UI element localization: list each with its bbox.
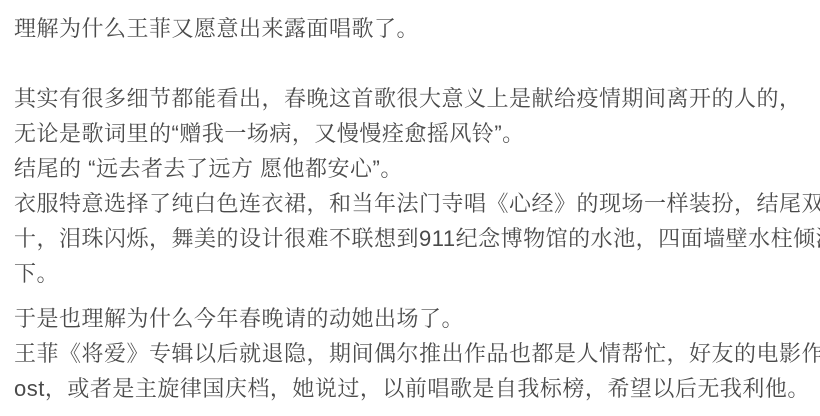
text-line: 结尾的 “远去者去了远方 愿他都安心”。 [14, 151, 806, 186]
paragraph: 其实有很多细节都能看出，春晚这首歌很大意义上是献给疫情期间离开的人的， 无论是歌… [14, 81, 806, 151]
text-line: 下。 [14, 256, 806, 291]
text-line: 理解为什么王菲又愿意出来露面唱歌了。 [14, 11, 806, 46]
paragraph: 衣服特意选择了纯白色连衣裙，和当年法门寺唱《心经》的现场一样装扮，结尾双手合 十… [14, 186, 806, 291]
text-line: 十，泪珠闪烁，舞美的设计很难不联想到911纪念博物馆的水池，四面墙壁水柱倾泻而 [14, 221, 806, 256]
text-line: 王菲《将爱》专辑以后就退隐，期间偶尔推出作品也都是人情帮忙，好友的电影作品 [14, 336, 806, 371]
text-line: 无论是歌词里的“赠我一场病，又慢慢痊愈摇风铃”。 [14, 116, 806, 151]
paragraph: 结尾的 “远去者去了远方 愿他都安心”。 [14, 151, 806, 186]
paragraph: 王菲《将爱》专辑以后就退隐，期间偶尔推出作品也都是人情帮忙，好友的电影作品 os… [14, 336, 806, 406]
text-line: 于是也理解为什么今年春晚请的动她出场了。 [14, 301, 806, 336]
paragraph: 理解为什么王菲又愿意出来露面唱歌了。 [14, 11, 806, 46]
text-line: ost，或者是主旋律国庆档，她说过，以前唱歌是自我标榜，希望以后无我利他。 [14, 371, 806, 406]
article-body: 理解为什么王菲又愿意出来露面唱歌了。 其实有很多细节都能看出，春晚这首歌很大意义… [0, 0, 820, 406]
text-line: 衣服特意选择了纯白色连衣裙，和当年法门寺唱《心经》的现场一样装扮，结尾双手合 [14, 186, 806, 221]
paragraph: 于是也理解为什么今年春晚请的动她出场了。 [14, 301, 806, 336]
text-line: 其实有很多细节都能看出，春晚这首歌很大意义上是献给疫情期间离开的人的， [14, 81, 806, 116]
